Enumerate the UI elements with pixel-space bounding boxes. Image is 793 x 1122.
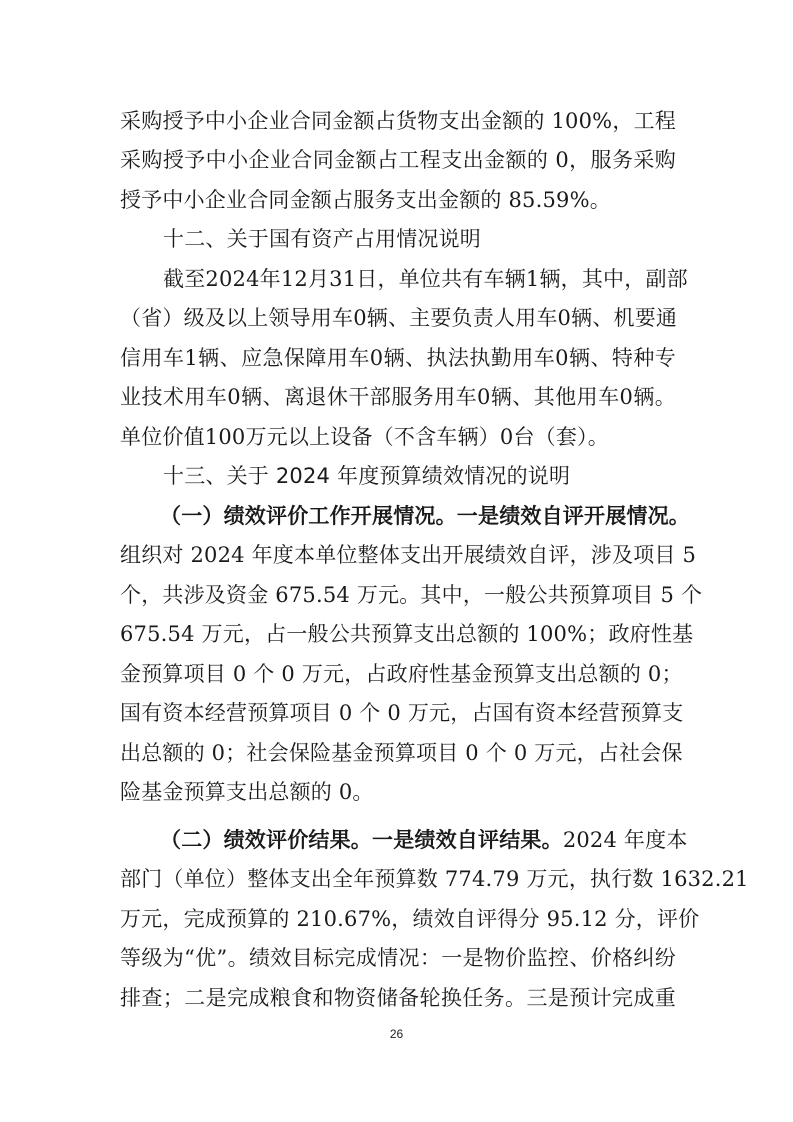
paragraph-line: 组织对 2024 年度本单位整体支出开展绩效自评，涉及项目 5 (120, 540, 676, 570)
paragraph-line: 截至2024年12月31日，单位共有车辆1辆，其中，副部 (163, 264, 676, 294)
paragraph-line: 国有资本经营预算项目 0 个 0 万元，占国有资本经营预算支 (120, 698, 676, 728)
subsection-heading-1: （一）绩效评价工作开展情况。一是绩效自评开展情况。 (160, 501, 678, 531)
paragraph-line: 采购授予中小企业合同金额占货物支出金额的 100%，工程 (120, 106, 676, 136)
paragraph-line: 等级为“优”。绩效目标完成情况：一是物价监控、价格纠纷 (120, 943, 676, 973)
subsection-heading-2: （二）绩效评价结果。一是绩效自评结果。 (160, 828, 563, 852)
paragraph-line: 单位价值100万元以上设备（不含车辆）0台（套）。 (120, 422, 676, 452)
paragraph-line: 万元，完成预算的 210.67%，绩效自评得分 95.12 分，评价 (120, 904, 676, 934)
section-heading-13: 十三、关于 2024 年度预算绩效情况的说明 (163, 461, 676, 491)
paragraph-line: 授予中小企业合同金额占服务支出金额的 85.59%。 (120, 185, 676, 215)
paragraph-text: 2024 年度本 (563, 828, 688, 852)
paragraph-line: 出总额的 0；社会保险基金预算项目 0 个 0 万元，占社会保 (120, 738, 676, 768)
page-number: 26 (0, 1027, 793, 1041)
paragraph-line: 排查；二是完成粮食和物资储备轮换任务。三是预计完成重 (120, 983, 676, 1013)
paragraph-line: 信用车1辆、应急保障用车0辆、执法执勤用车0辆、特种专 (120, 343, 676, 373)
paragraph-line: 采购授予中小企业合同金额占工程支出金额的 0，服务采购 (120, 145, 676, 175)
document-page: 采购授予中小企业合同金额占货物支出金额的 100%，工程 采购授予中小企业合同金… (0, 0, 793, 1122)
paragraph-line: 部门（单位）整体支出全年预算数 774.79 万元，执行数 1632.21 (120, 864, 676, 894)
paragraph-line: 个，共涉及资金 675.54 万元。其中，一般公共预算项目 5 个 (120, 580, 676, 610)
paragraph-line: 675.54 万元，占一般公共预算支出总额的 100%；政府性基 (120, 619, 676, 649)
subsection-heading-2-line: （二）绩效评价结果。一是绩效自评结果。2024 年度本 (160, 825, 678, 855)
paragraph-line: 险基金预算支出总额的 0。 (120, 777, 676, 807)
paragraph-line: （省）级及以上领导用车0辆、主要负责人用车0辆、机要通 (120, 303, 676, 333)
paragraph-line: 业技术用车0辆、离退休干部服务用车0辆、其他用车0辆。 (120, 382, 676, 412)
paragraph-line: 金预算项目 0 个 0 万元，占政府性基金预算支出总额的 0； (120, 659, 676, 689)
section-heading-12: 十二、关于国有资产占用情况说明 (163, 224, 676, 254)
